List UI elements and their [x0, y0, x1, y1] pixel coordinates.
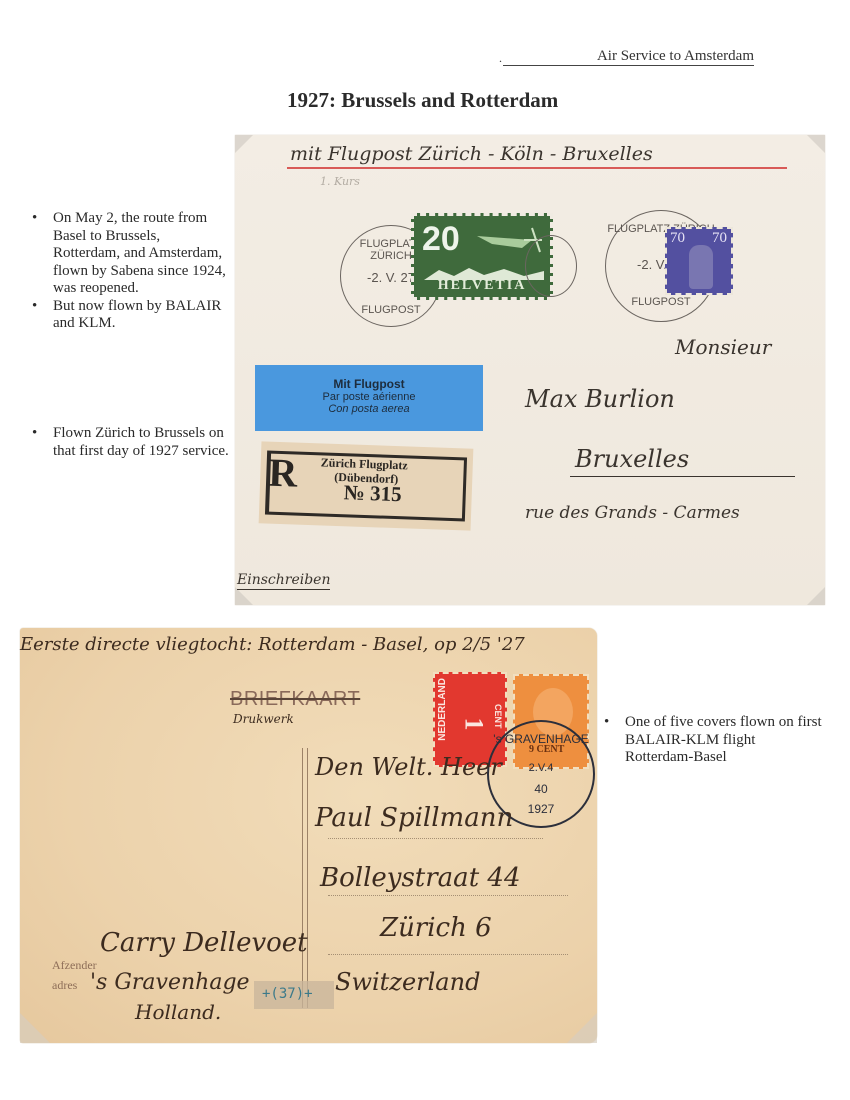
- registration-label: R Zürich Flugplatz (Dübendorf) № 315: [259, 441, 474, 530]
- divider-line: [302, 748, 308, 1008]
- mount-corner: [20, 1013, 50, 1043]
- registered-note: Einschreiben: [237, 572, 330, 590]
- postcard-rotterdam-basel: Eerste directe vliegtocht: Rotterdam - B…: [20, 628, 597, 1043]
- mount-corner: [807, 587, 825, 605]
- stamp-helvetia-70: 70 70: [665, 227, 733, 295]
- helvetia-figure-icon: [689, 245, 713, 289]
- address-line-2: Paul Spillmann: [315, 803, 513, 833]
- pencil-note: 1. Kurs: [320, 175, 360, 188]
- address-line-1: Den Welt. Heer: [315, 753, 502, 781]
- address-rule: [328, 954, 568, 955]
- sender-name: Carry Dellevoet: [100, 928, 308, 958]
- red-underline: [287, 167, 787, 169]
- address-line-3: Bolleystraat 44: [320, 863, 520, 893]
- printed-title: BRIEFKAART: [230, 688, 360, 711]
- section-title: Air Service to Amsterdam: [597, 48, 754, 64]
- mount-corner: [807, 135, 825, 153]
- address-city: Bruxelles: [575, 445, 689, 473]
- air-cover-zurich-brussels: mit Flugpost Zürich - Köln - Bruxelles 1…: [235, 135, 825, 605]
- address-line-5: Switzerland: [335, 968, 480, 996]
- address-name: Max Burlion: [525, 385, 675, 413]
- note-item: One of five covers flown on first BALAIR…: [602, 714, 822, 767]
- address-street: rue des Grands - Carmes: [525, 503, 740, 523]
- address-label: adres: [52, 978, 77, 993]
- airmail-label: Mit Flugpost Par poste aérienne Con post…: [255, 365, 483, 431]
- mount-corner: [235, 135, 253, 153]
- note-item: But now flown by BALAIR and KLM.: [30, 298, 230, 333]
- address-salutation: Monsieur: [675, 335, 771, 359]
- tape-mark: +(37)+: [254, 981, 334, 1009]
- note-item: Flown Zürich to Brussels on that first d…: [30, 425, 230, 460]
- leading-mark: .: [499, 49, 502, 67]
- route-handwriting: mit Flugpost Zürich - Köln - Bruxelles: [290, 143, 653, 165]
- notes-top: On May 2, the route from Basel to Brusse…: [30, 210, 230, 333]
- note-item: On May 2, the route from Basel to Brusse…: [30, 210, 230, 298]
- notes-bottom: One of five covers flown on first BALAIR…: [602, 714, 822, 767]
- address-line-4: Zürich 6: [380, 913, 492, 943]
- overwrite-note: Drukwerk: [233, 712, 294, 726]
- sender-country: Holland.: [135, 1000, 221, 1024]
- postmark-small: [525, 235, 577, 297]
- address-rule: [328, 838, 543, 839]
- card-header-handwriting: Eerste directe vliegtocht: Rotterdam - B…: [20, 634, 525, 655]
- address-rule: [328, 895, 568, 896]
- section-header: . Air Service to Amsterdam: [503, 47, 754, 66]
- sender-city: 's Gravenhage: [90, 970, 250, 995]
- mount-corner: [567, 1013, 597, 1043]
- city-underline: [570, 476, 795, 477]
- page-title: 1927: Brussels and Rotterdam: [287, 88, 558, 113]
- notes-middle: Flown Zürich to Brussels on that first d…: [30, 425, 230, 460]
